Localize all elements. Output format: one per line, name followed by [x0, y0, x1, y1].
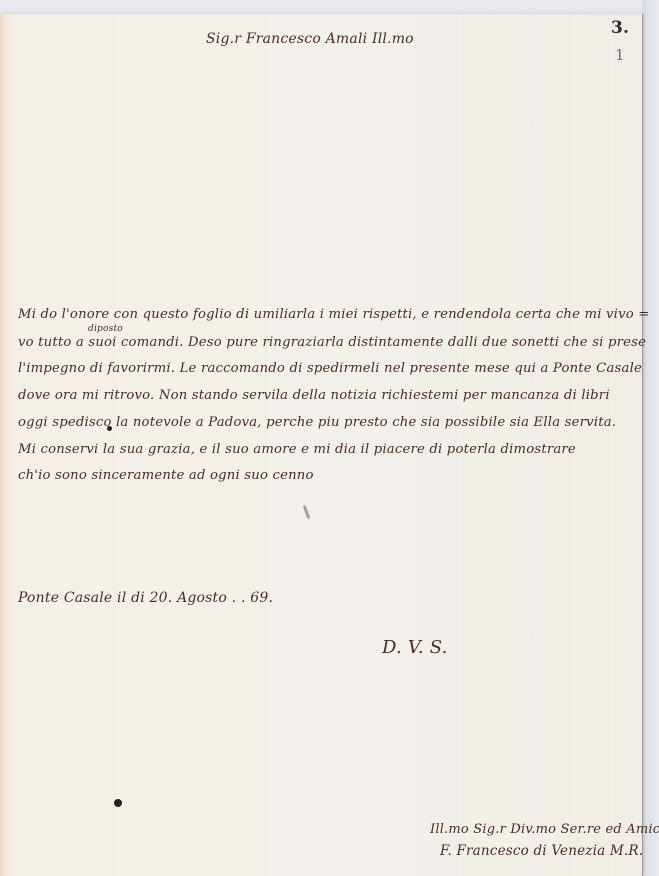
body-line-4: dove ora mi ritrovo. Non stando servila …	[18, 388, 610, 403]
body-line-2: vo tutto a suoi comandi. Deso pure ringr…	[18, 335, 646, 350]
body-line-7: ch'io sono sinceramente ad ogni suo cenn…	[18, 468, 314, 483]
addressee-heading: Sig.r Francesco Amali Ill.mo	[206, 31, 414, 47]
ink-blot	[114, 799, 122, 807]
scan-top-margin	[0, 0, 659, 14]
dateline: Ponte Casale il di 20. Agosto . . 69.	[18, 590, 273, 606]
ink-blot-small	[107, 426, 112, 431]
folio-number-pencil: 1	[615, 46, 625, 64]
body-line-1: Mi do l'onore con questo foglio di umili…	[18, 307, 650, 322]
signature-line-1: Ill.mo Sig.r Div.mo Ser.re ed Amico	[430, 822, 659, 837]
scan-right-margin	[642, 0, 659, 876]
signature-line-2: F. Francesco di Venezia M.R.	[440, 843, 643, 859]
body-line-6: Mi conservi la sua grazia, e il suo amor…	[18, 442, 576, 457]
closing-initials: D. V. S.	[382, 637, 448, 658]
folio-number-ink: 3.	[611, 18, 629, 38]
body-line-3: l'impegno di favorirmi. Le raccomando di…	[18, 361, 642, 376]
interlinear-insertion: diposto	[88, 324, 123, 334]
